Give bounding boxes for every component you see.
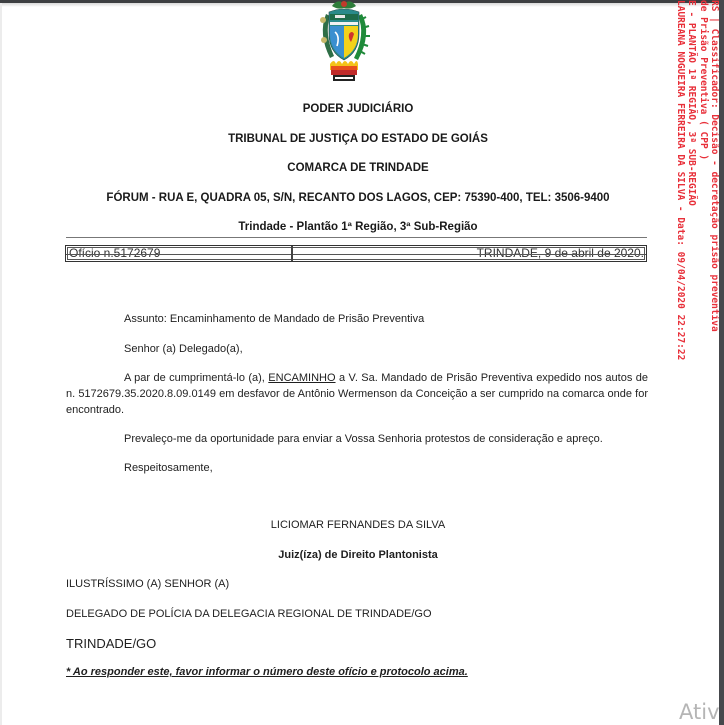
salutation: Senhor (a) Delegado(a), xyxy=(124,341,243,357)
oficio-number: Ofício n.5172679 xyxy=(66,246,293,261)
header-subheading: Trindade - Plantão 1ª Região, 3ª Sub-Reg… xyxy=(60,221,656,233)
coat-of-arms-icon xyxy=(316,0,372,88)
addressee-line-3: TRINDADE/GO xyxy=(66,636,156,651)
header-forum-address: FÓRUM - RUA E, QUADRA 05, S/N, RECANTO D… xyxy=(60,192,656,204)
header-poder-judiciario: PODER JUDICIÁRIO xyxy=(60,103,656,115)
closing: Respeitosamente, xyxy=(124,460,213,476)
encaminho-emphasis: ENCAMINHO xyxy=(268,372,335,384)
stamp-prisao: de Prisão Preventiva ( CPP ) xyxy=(698,0,708,160)
oficio-table: Ofício n.5172679 TRINDADE, 9 de abril de… xyxy=(65,245,647,262)
header-comarca: COMARCA DE TRINDADE xyxy=(60,162,656,174)
paragraph-courtesy: Prevaleço-me da oportunidade para enviar… xyxy=(124,431,603,447)
paragraph-forwarding-intro: A par de cumprimentá-lo (a), xyxy=(124,372,268,384)
stamp-signer-date: LAUREANA NOGUEIRA FERREIRA DA SILVA - Da… xyxy=(675,0,685,360)
stamp-classifier: RS | Classificador: Decisão - decretação… xyxy=(709,0,719,332)
stamp-plantao: E - PLANTÃO 1ª REGIÃO, 3ª SUB-REGIÃO xyxy=(686,0,696,206)
signatory-title: Juiz(íza) de Direito Plantonista xyxy=(60,549,656,561)
header-tribunal: TRIBUNAL DE JUSTIÇA DO ESTADO DE GOIÁS xyxy=(60,133,656,145)
document-page: PODER JUDICIÁRIO TRIBUNAL DE JUSTIÇA DO … xyxy=(0,0,719,725)
signatory-name: LICIOMAR FERNANDES DA SILVA xyxy=(60,519,656,531)
viewer-scrollbar[interactable] xyxy=(719,0,724,725)
header-divider xyxy=(66,237,647,238)
oficio-place-date: TRINDADE, 9 de abril de 2020. xyxy=(293,246,646,261)
addressee-line-2: DELEGADO DE POLÍCIA DA DELEGACIA REGIONA… xyxy=(66,608,432,620)
windows-activation-watermark: Ativ xyxy=(679,700,720,724)
reply-footnote: * Ao responder este, favor informar o nú… xyxy=(66,666,468,678)
subject-line: Assunto: Encaminhamento de Mandado de Pr… xyxy=(124,311,424,327)
paragraph-forwarding: A par de cumprimentá-lo (a), ENCAMINHO a… xyxy=(66,370,648,418)
addressee-line-1: ILUSTRÍSSIMO (A) SENHOR (A) xyxy=(66,578,229,590)
